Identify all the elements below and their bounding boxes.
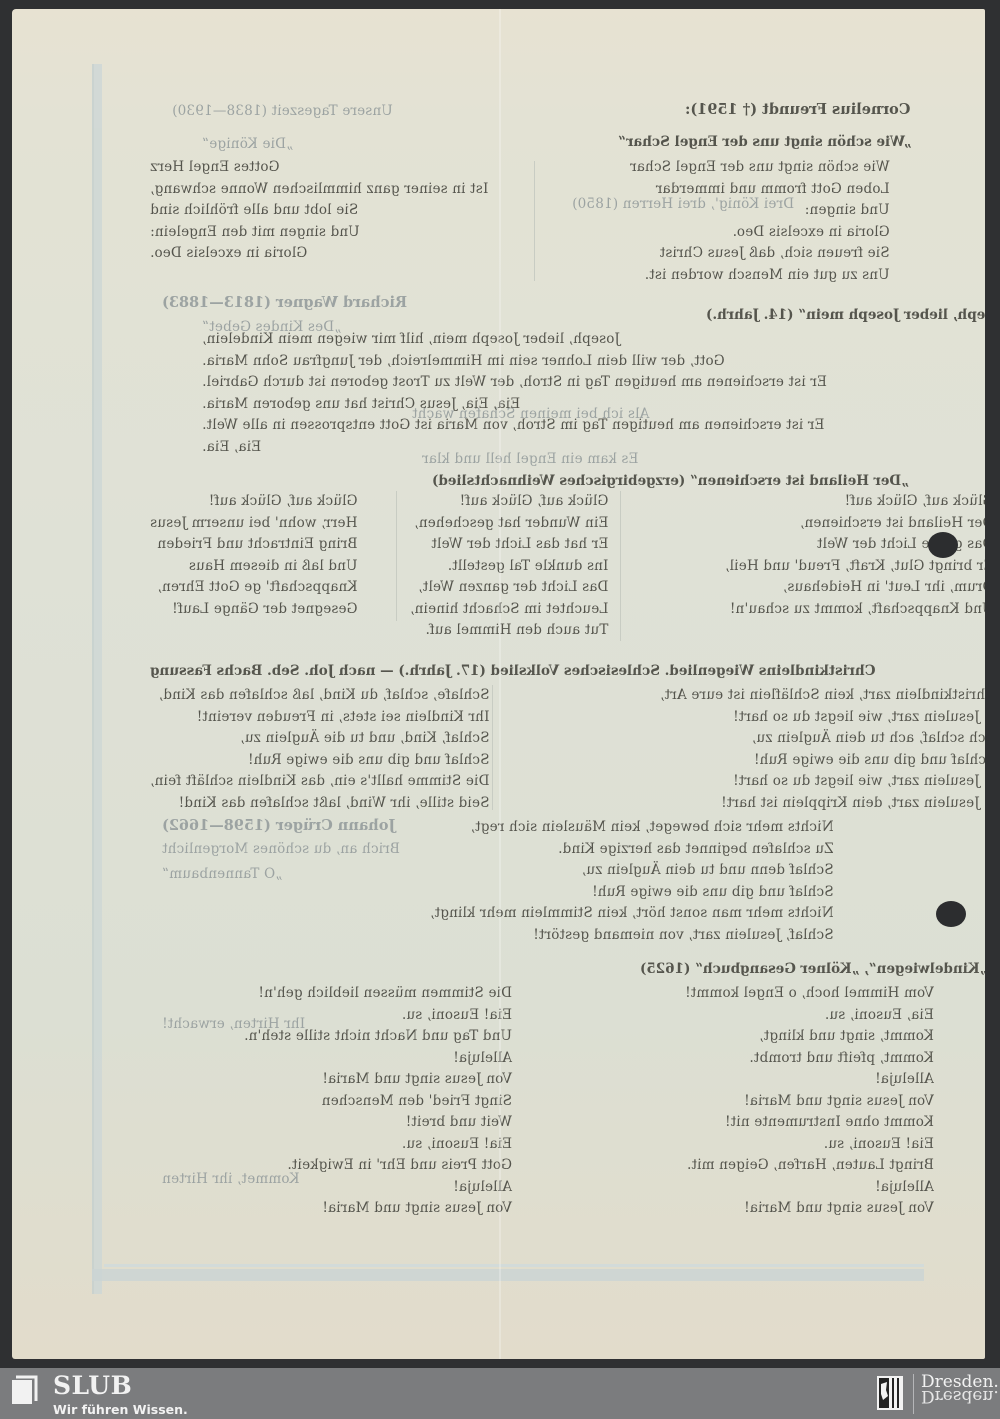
page-frame-bottom: [92, 1269, 924, 1281]
song-line: Wie schön singt uns der Engel Schar: [630, 157, 890, 179]
song-line: Schlaf, Kind, und tu die Äuglein zu,: [150, 728, 489, 750]
song-line: Tut auch den Himmel auf.: [410, 620, 608, 642]
song-line: Eia, Eia.: [202, 437, 827, 459]
song-line: Joseph, lieber Joseph mein, hilf mir wie…: [202, 329, 827, 351]
song-line: Er ist erschienen am heutigen Tag in Str…: [202, 372, 827, 394]
song-line: Von Jesus singt und Maria!: [685, 1091, 934, 1113]
brand-tagline: Wir führen Wissen.: [53, 1402, 188, 1417]
song-line: Knappschaft' ge Gott Ehren,: [150, 577, 358, 599]
column-divider: [492, 685, 493, 810]
song-line: Gottes Engel Herz: [150, 157, 488, 179]
scanned-page: Unsere Tageszeit (1838—1930) „Die Könige…: [12, 9, 985, 1359]
song-line: Glück auf, Glück auf!: [150, 491, 358, 513]
song-line: Und singen mit den Engelein:: [150, 222, 488, 244]
song-line: Alleluja!: [685, 1177, 934, 1199]
song-line: Glück auf, Glück auf!: [725, 491, 985, 513]
song-line: Und Knappschaft, kommt zu schau'n!: [725, 599, 985, 621]
song-line: Weit und breit!: [244, 1112, 512, 1134]
song-title: „Wie schön singt uns der Engel Schar“: [618, 130, 911, 154]
song-line: Seid stille, ihr Wind, laßt schlafen das…: [150, 793, 489, 815]
song-body: Joseph, lieber Joseph mein, hilf mir wie…: [202, 329, 827, 458]
brand-name[interactable]: SLUB: [53, 1371, 132, 1400]
song-line: Alleluja!: [685, 1069, 934, 1091]
song-line: Ins dunkle Tal gestellt.: [410, 556, 608, 578]
song-line: Und Tag und Nacht nicht stille steh'n.: [244, 1026, 512, 1048]
slub-logo-icon: [12, 1374, 40, 1404]
bleed-line: „Die Könige“: [202, 134, 293, 156]
song-line: Gott, der will dein Lohner sein im Himme…: [202, 351, 827, 373]
song-line: Kommt, singt und klingt,: [685, 1026, 934, 1048]
page-frame-bottom-inner: [104, 1264, 924, 1267]
song-line: Bring Eintracht und Frieden: [150, 534, 358, 556]
song-line: Die Stimme hallt's ein, das Kindlein sch…: [150, 771, 489, 793]
song-line: Ihr Kindlein sei stets, in Freuden verei…: [150, 707, 489, 729]
song-line: Nichts mehr man sonst hört, kein Stimmle…: [430, 903, 834, 925]
song-line: Eia! Eusoni, su.: [244, 1005, 512, 1027]
song-line: Alleluja!: [244, 1048, 512, 1070]
song-title: „Joseph, lieber Joseph mein“ (14. Jahrh.…: [706, 303, 985, 327]
song-title: „Kindelwiegen“, „Kölner Gesangbuch“ (162…: [640, 957, 985, 981]
song-line: Leuchtet im Schacht hinein,: [410, 599, 608, 621]
song-line: Die Stimmen müssen lieblich geh'n!: [244, 983, 512, 1005]
song-line: Gloria in excelsis Deo.: [630, 222, 890, 244]
song-line: Schlaf denn und tu dein Äuglein zu,: [430, 860, 834, 882]
song-column: Wie schön singt uns der Engel Schar Lobe…: [630, 157, 890, 286]
song-line: Sie lobt und alle fröhlich sind: [150, 200, 488, 222]
song-line: O Jesulein zart, dein Kripplein ist hart…: [660, 793, 985, 815]
bleed-line: Johann Crüger (1598—1662): [162, 814, 395, 838]
bleed-line: „O Tannenbaum“: [162, 864, 282, 886]
dresden-crest-icon[interactable]: [877, 1376, 903, 1410]
footer-divider: [913, 1374, 914, 1414]
song-line: Schlafe, schlaf, du Kind, laß schlafen d…: [150, 685, 489, 707]
song-line: Loben Gott fromm und immerdar: [630, 179, 890, 201]
song-title: „Der Heiland ist erschienen“ (erzgebirgi…: [432, 469, 909, 493]
song-line: Gesegnet der Gänge Lauf!: [150, 599, 358, 621]
column-divider: [534, 161, 535, 281]
song-line: Sie freuen sich, daß Jesus Christ: [630, 243, 890, 265]
song-line: Uns zu gut ein Mensch worden ist.: [630, 265, 890, 287]
song-column: Nichts mehr sich beweget, kein Mäuslein …: [430, 817, 834, 946]
song-line: Eia, Eusoni, su.: [685, 1005, 934, 1027]
song-line: Glück auf, Glück auf!: [410, 491, 608, 513]
song-line: Singt Fried' den Menschen: [244, 1091, 512, 1113]
song-line: Vom Himmel hoch, o Engel kommt!: [685, 983, 934, 1005]
song-line: Er hat das Licht der Welt: [410, 534, 608, 556]
page-frame-left: [92, 64, 102, 1294]
song-line: Und singen:: [630, 200, 890, 222]
partner-name-reflection: Dresden.: [921, 1387, 999, 1404]
song-line: Der Heiland ist erschienen,: [725, 513, 985, 535]
song-column: Gottes Engel Herz Ist in seiner ganz him…: [150, 157, 488, 265]
song-line: Gott Preis und Ehr' in Ewigkeit.: [244, 1155, 512, 1177]
bleed-line: Unsere Tageszeit (1838—1930): [172, 101, 393, 123]
column-divider: [620, 491, 621, 641]
song-column: Vom Himmel hoch, o Engel kommt! Eia, Eus…: [685, 983, 934, 1220]
song-line: Eia! Eusoni, su.: [244, 1134, 512, 1156]
song-column: Glück auf, Glück auf! Ein Wunder hat ges…: [410, 491, 608, 642]
song-line: Von Jesus singt und Maria!: [244, 1198, 512, 1220]
song-line: Er bringt Glut, Kraft, Freud' und Heil,: [725, 556, 985, 578]
song-line: O Jesulein zart, wie liegst du so hart!: [660, 771, 985, 793]
song-line: Eia! Eusoni, su.: [685, 1134, 934, 1156]
song-line: Schlaf und gib uns die ewige Ruh!: [660, 750, 985, 772]
punch-hole: [936, 901, 966, 927]
footer-bar: SLUB Wir führen Wissen. Dresden. Dresden…: [0, 1368, 1000, 1419]
bleed-line: Richard Wagner (1813—1883): [162, 291, 407, 315]
song-line: Von Jesus singt und Maria!: [685, 1198, 934, 1220]
song-line: Bringt Lauten, Harfen, Geigen mit.: [685, 1155, 934, 1177]
song-line: Alleluja!: [244, 1177, 512, 1199]
song-title: Christkindleins Wiegenlied. Schlesisches…: [150, 659, 875, 683]
song-line: Christkindlein zart, kein Schläflein ist…: [660, 685, 985, 707]
song-line: Schlaf und gib uns die ewige Ruh!: [430, 882, 834, 904]
song-line: Herr, wohn' bei unserm Jesus: [150, 513, 358, 535]
song-line: Das Licht der ganzen Welt,: [410, 577, 608, 599]
song-line: Schlaf und gib uns die ewige Ruh!: [150, 750, 489, 772]
punch-hole: [928, 532, 958, 558]
song-line: Schlaf, Jesulein zart, von niemand gestö…: [430, 925, 834, 947]
song-column: Die Stimmen müssen lieblich geh'n! Eia! …: [244, 983, 512, 1220]
song-line: Kommt, pfeift und trombt.: [685, 1048, 934, 1070]
column-divider: [396, 491, 397, 621]
song-line: Ist in seiner ganz himmlischen Wonne sch…: [150, 179, 488, 201]
bleed-line: Brich an, du schönes Morgenlicht: [162, 839, 400, 861]
song-column: Christkindlein zart, kein Schläflein ist…: [660, 685, 985, 814]
song-line: O Jesulein zart, wie liegst du so hart!: [660, 707, 985, 729]
song-line: Nichts mehr sich beweget, kein Mäuslein …: [430, 817, 834, 839]
song-line: Eia, Eia, Jesus Christ hat uns geboren M…: [202, 394, 827, 416]
song-line: Von Jesus singt und Maria!: [244, 1069, 512, 1091]
section-author-heading: Cornelius Freundt († 1591):: [685, 98, 910, 122]
song-line: Gloria in excelsis Deo.: [150, 243, 488, 265]
song-line: Er ist erschienen am heutigen Tag im Str…: [202, 415, 827, 437]
song-line: Kommt ohne Instrumente nit!: [685, 1112, 934, 1134]
song-line: Ach schlaf, ach tu dein Äuglein zu,: [660, 728, 985, 750]
song-line: Ein Wunder hat geschehen,: [410, 513, 608, 535]
song-column: Schlafe, schlaf, du Kind, laß schlafen d…: [150, 685, 489, 814]
song-line: Zu schlafen beginnet das herzige Kind.: [430, 839, 834, 861]
song-column: Glück auf, Glück auf! Herr, wohn' bei un…: [150, 491, 358, 620]
song-line: Und laß in diesem Haus: [150, 556, 358, 578]
song-line: Drum, ihr Leut' in Heidehaus,: [725, 577, 985, 599]
